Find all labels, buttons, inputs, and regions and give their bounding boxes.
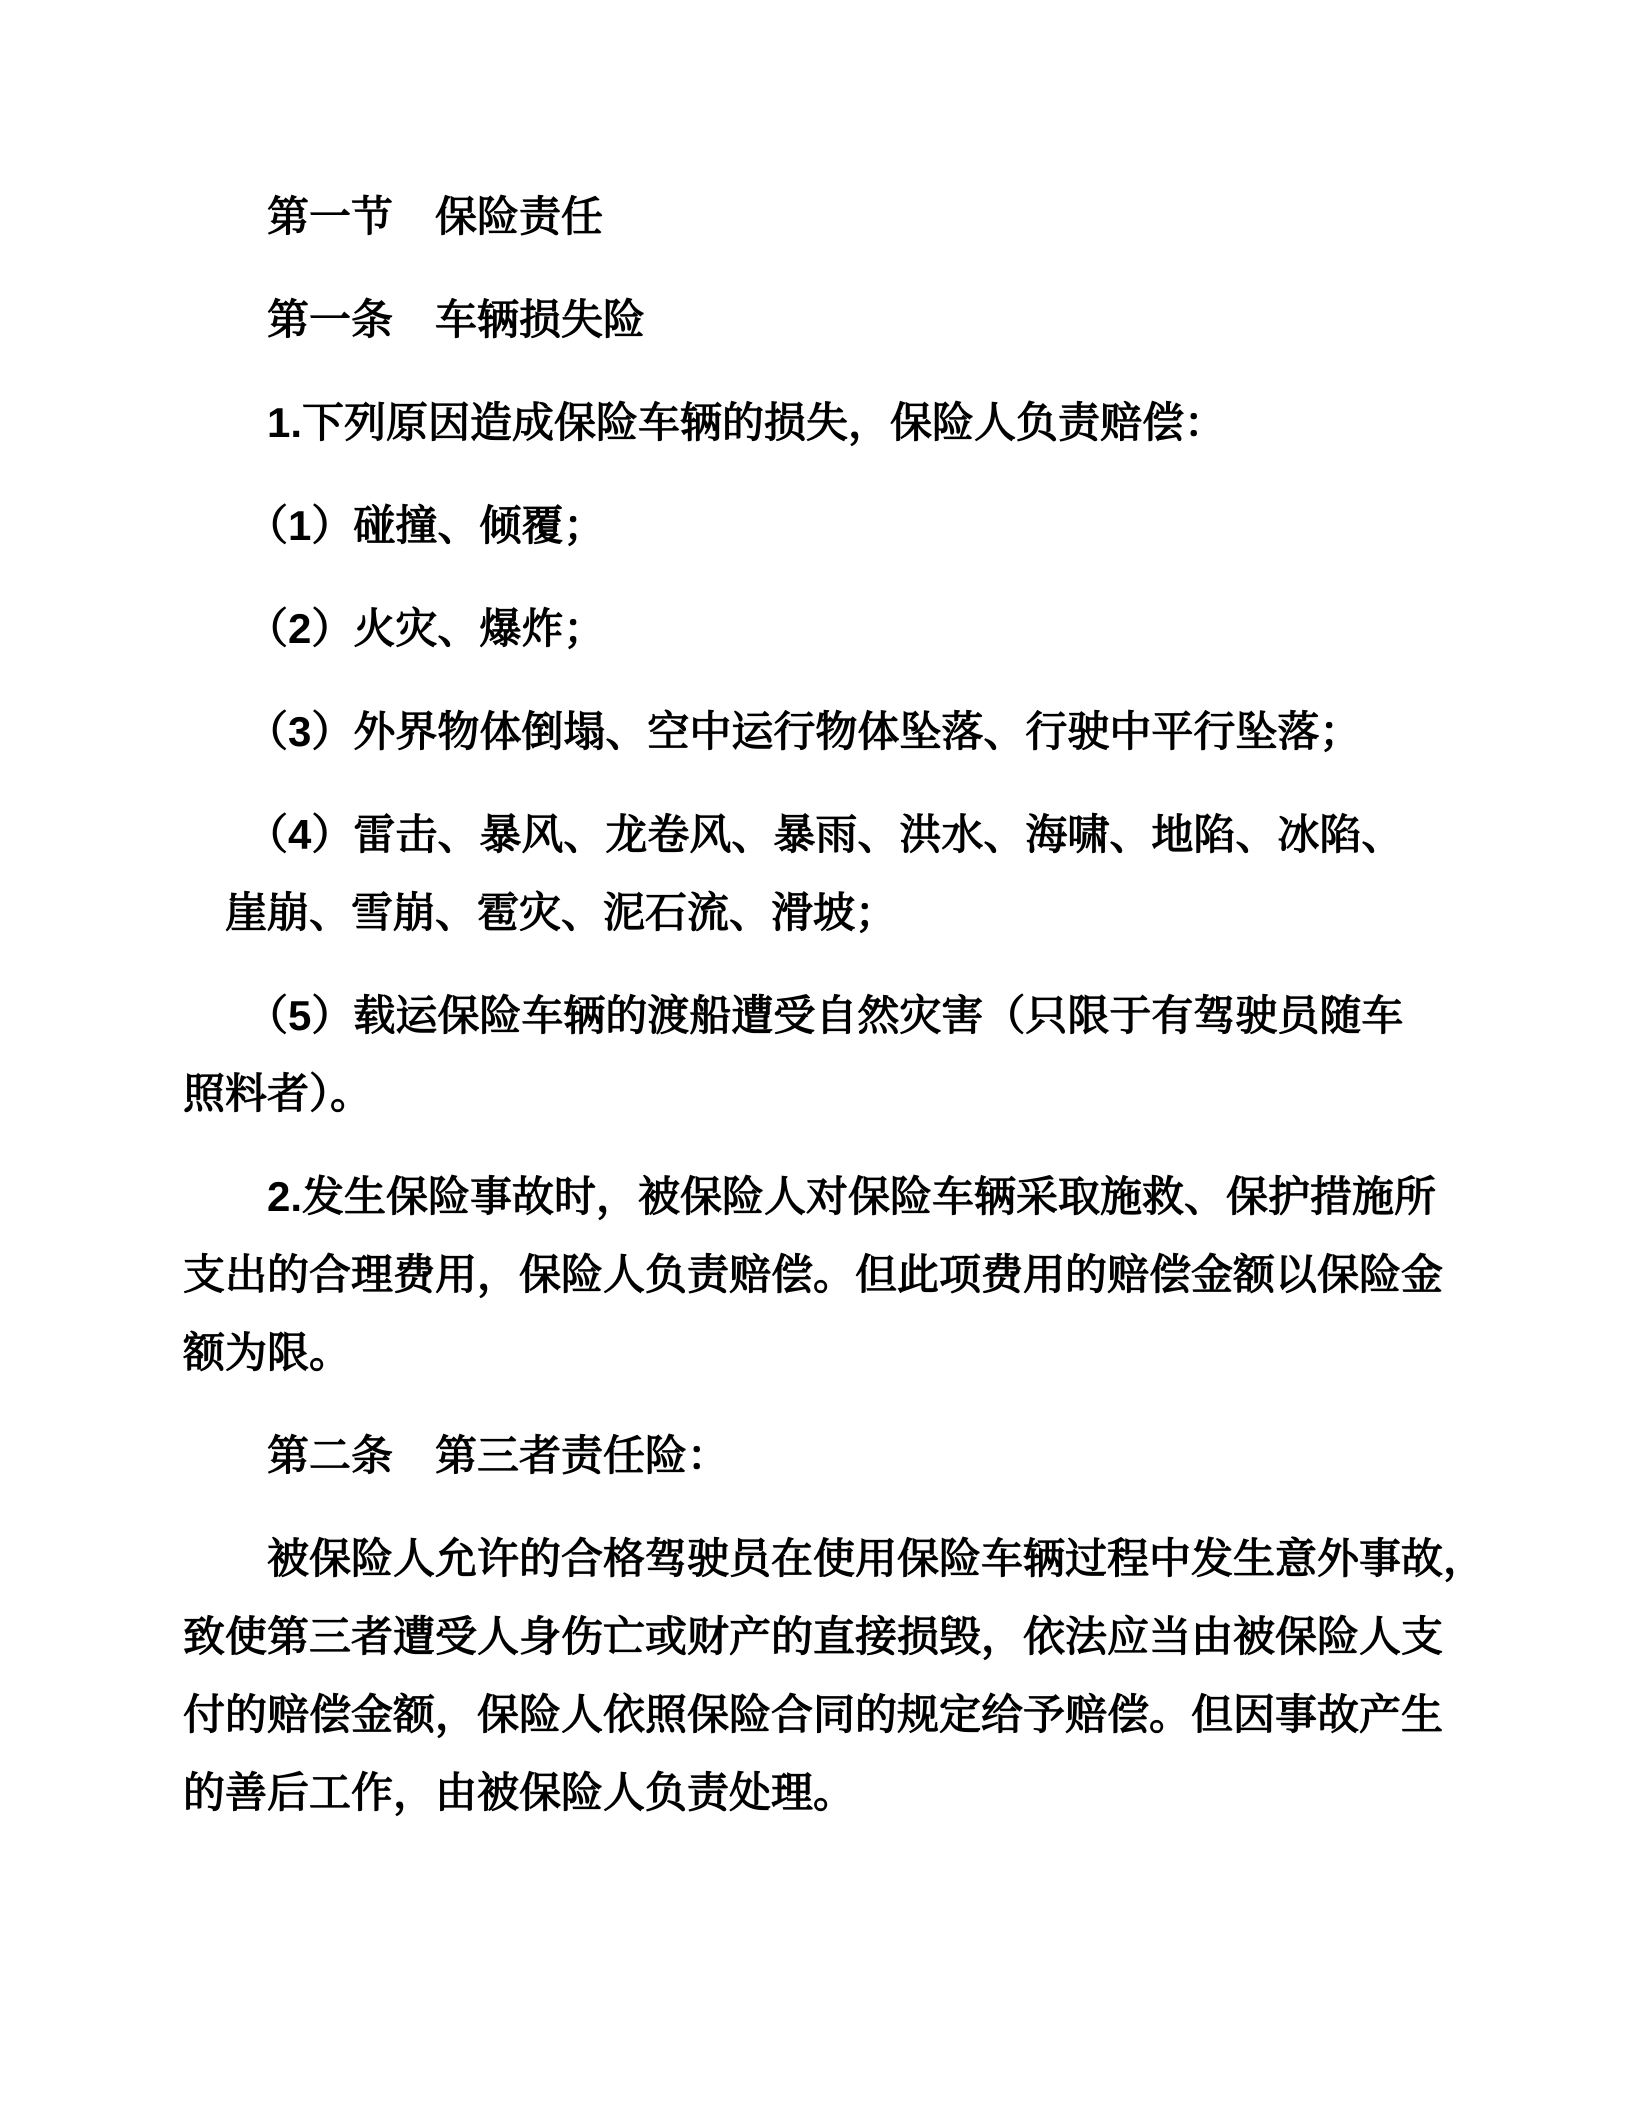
text-line: 照料者）。 bbox=[183, 1055, 1492, 1133]
paragraph: （5）载运保险车辆的渡船遭受自然灾害（只限于有驾驶员随车照料者）。 bbox=[183, 977, 1492, 1133]
document-page: 第一节 保险责任 第一条 车辆损失险 1.下列原因造成保险车辆的损失，保险人负责… bbox=[0, 0, 1632, 2112]
paragraph: 1.下列原因造成保险车辆的损失，保险人负责赔偿： bbox=[183, 384, 1492, 462]
text-line: 额为限。 bbox=[183, 1314, 1492, 1392]
text-line: 第一节 保险责任 bbox=[183, 178, 1492, 256]
text-line: 被保险人允许的合格驾驶员在使用保险车辆过程中发生意外事故， bbox=[183, 1520, 1492, 1598]
paragraph: （1）碰撞、倾覆； bbox=[183, 487, 1492, 565]
text-line: （4）雷击、暴风、龙卷风、暴雨、洪水、海啸、地陷、冰陷、 bbox=[183, 796, 1492, 874]
paragraph: （4）雷击、暴风、龙卷风、暴雨、洪水、海啸、地陷、冰陷、 崖崩、雪崩、雹灾、泥石… bbox=[183, 796, 1492, 952]
text-line: 第一条 车辆损失险 bbox=[183, 281, 1492, 359]
paragraph: 第二条 第三者责任险： bbox=[183, 1417, 1492, 1495]
paragraph: （3）外界物体倒塌、空中运行物体坠落、行驶中平行坠落； bbox=[183, 693, 1492, 771]
text-line: 付的赔偿金额，保险人依照保险合同的规定给予赔偿。但因事故产生 bbox=[183, 1676, 1492, 1754]
text-line: （5）载运保险车辆的渡船遭受自然灾害（只限于有驾驶员随车 bbox=[183, 977, 1492, 1055]
paragraph: （2）火灾、爆炸； bbox=[183, 590, 1492, 668]
text-line: 1.下列原因造成保险车辆的损失，保险人负责赔偿： bbox=[183, 384, 1492, 462]
document-body: 第一节 保险责任 第一条 车辆损失险 1.下列原因造成保险车辆的损失，保险人负责… bbox=[183, 178, 1492, 1832]
text-line: （1）碰撞、倾覆； bbox=[183, 487, 1492, 565]
paragraph: 被保险人允许的合格驾驶员在使用保险车辆过程中发生意外事故，致使第三者遭受人身伤亡… bbox=[183, 1520, 1492, 1832]
paragraph: 第一条 车辆损失险 bbox=[183, 281, 1492, 359]
text-line: （2）火灾、爆炸； bbox=[183, 590, 1492, 668]
text-line: 的善后工作，由被保险人负责处理。 bbox=[183, 1754, 1492, 1832]
paragraph: 2.发生保险事故时，被保险人对保险车辆采取施救、保护措施所支出的合理费用，保险人… bbox=[183, 1158, 1492, 1392]
text-line: 支出的合理费用，保险人负责赔偿。但此项费用的赔偿金额以保险金 bbox=[183, 1236, 1492, 1314]
text-line: 崖崩、雪崩、雹灾、泥石流、滑坡； bbox=[183, 874, 1492, 952]
text-line: 致使第三者遭受人身伤亡或财产的直接损毁，依法应当由被保险人支 bbox=[183, 1598, 1492, 1676]
paragraph: 第一节 保险责任 bbox=[183, 178, 1492, 256]
text-line: 第二条 第三者责任险： bbox=[183, 1417, 1492, 1495]
text-line: （3）外界物体倒塌、空中运行物体坠落、行驶中平行坠落； bbox=[183, 693, 1492, 771]
text-line: 2.发生保险事故时，被保险人对保险车辆采取施救、保护措施所 bbox=[183, 1158, 1492, 1236]
